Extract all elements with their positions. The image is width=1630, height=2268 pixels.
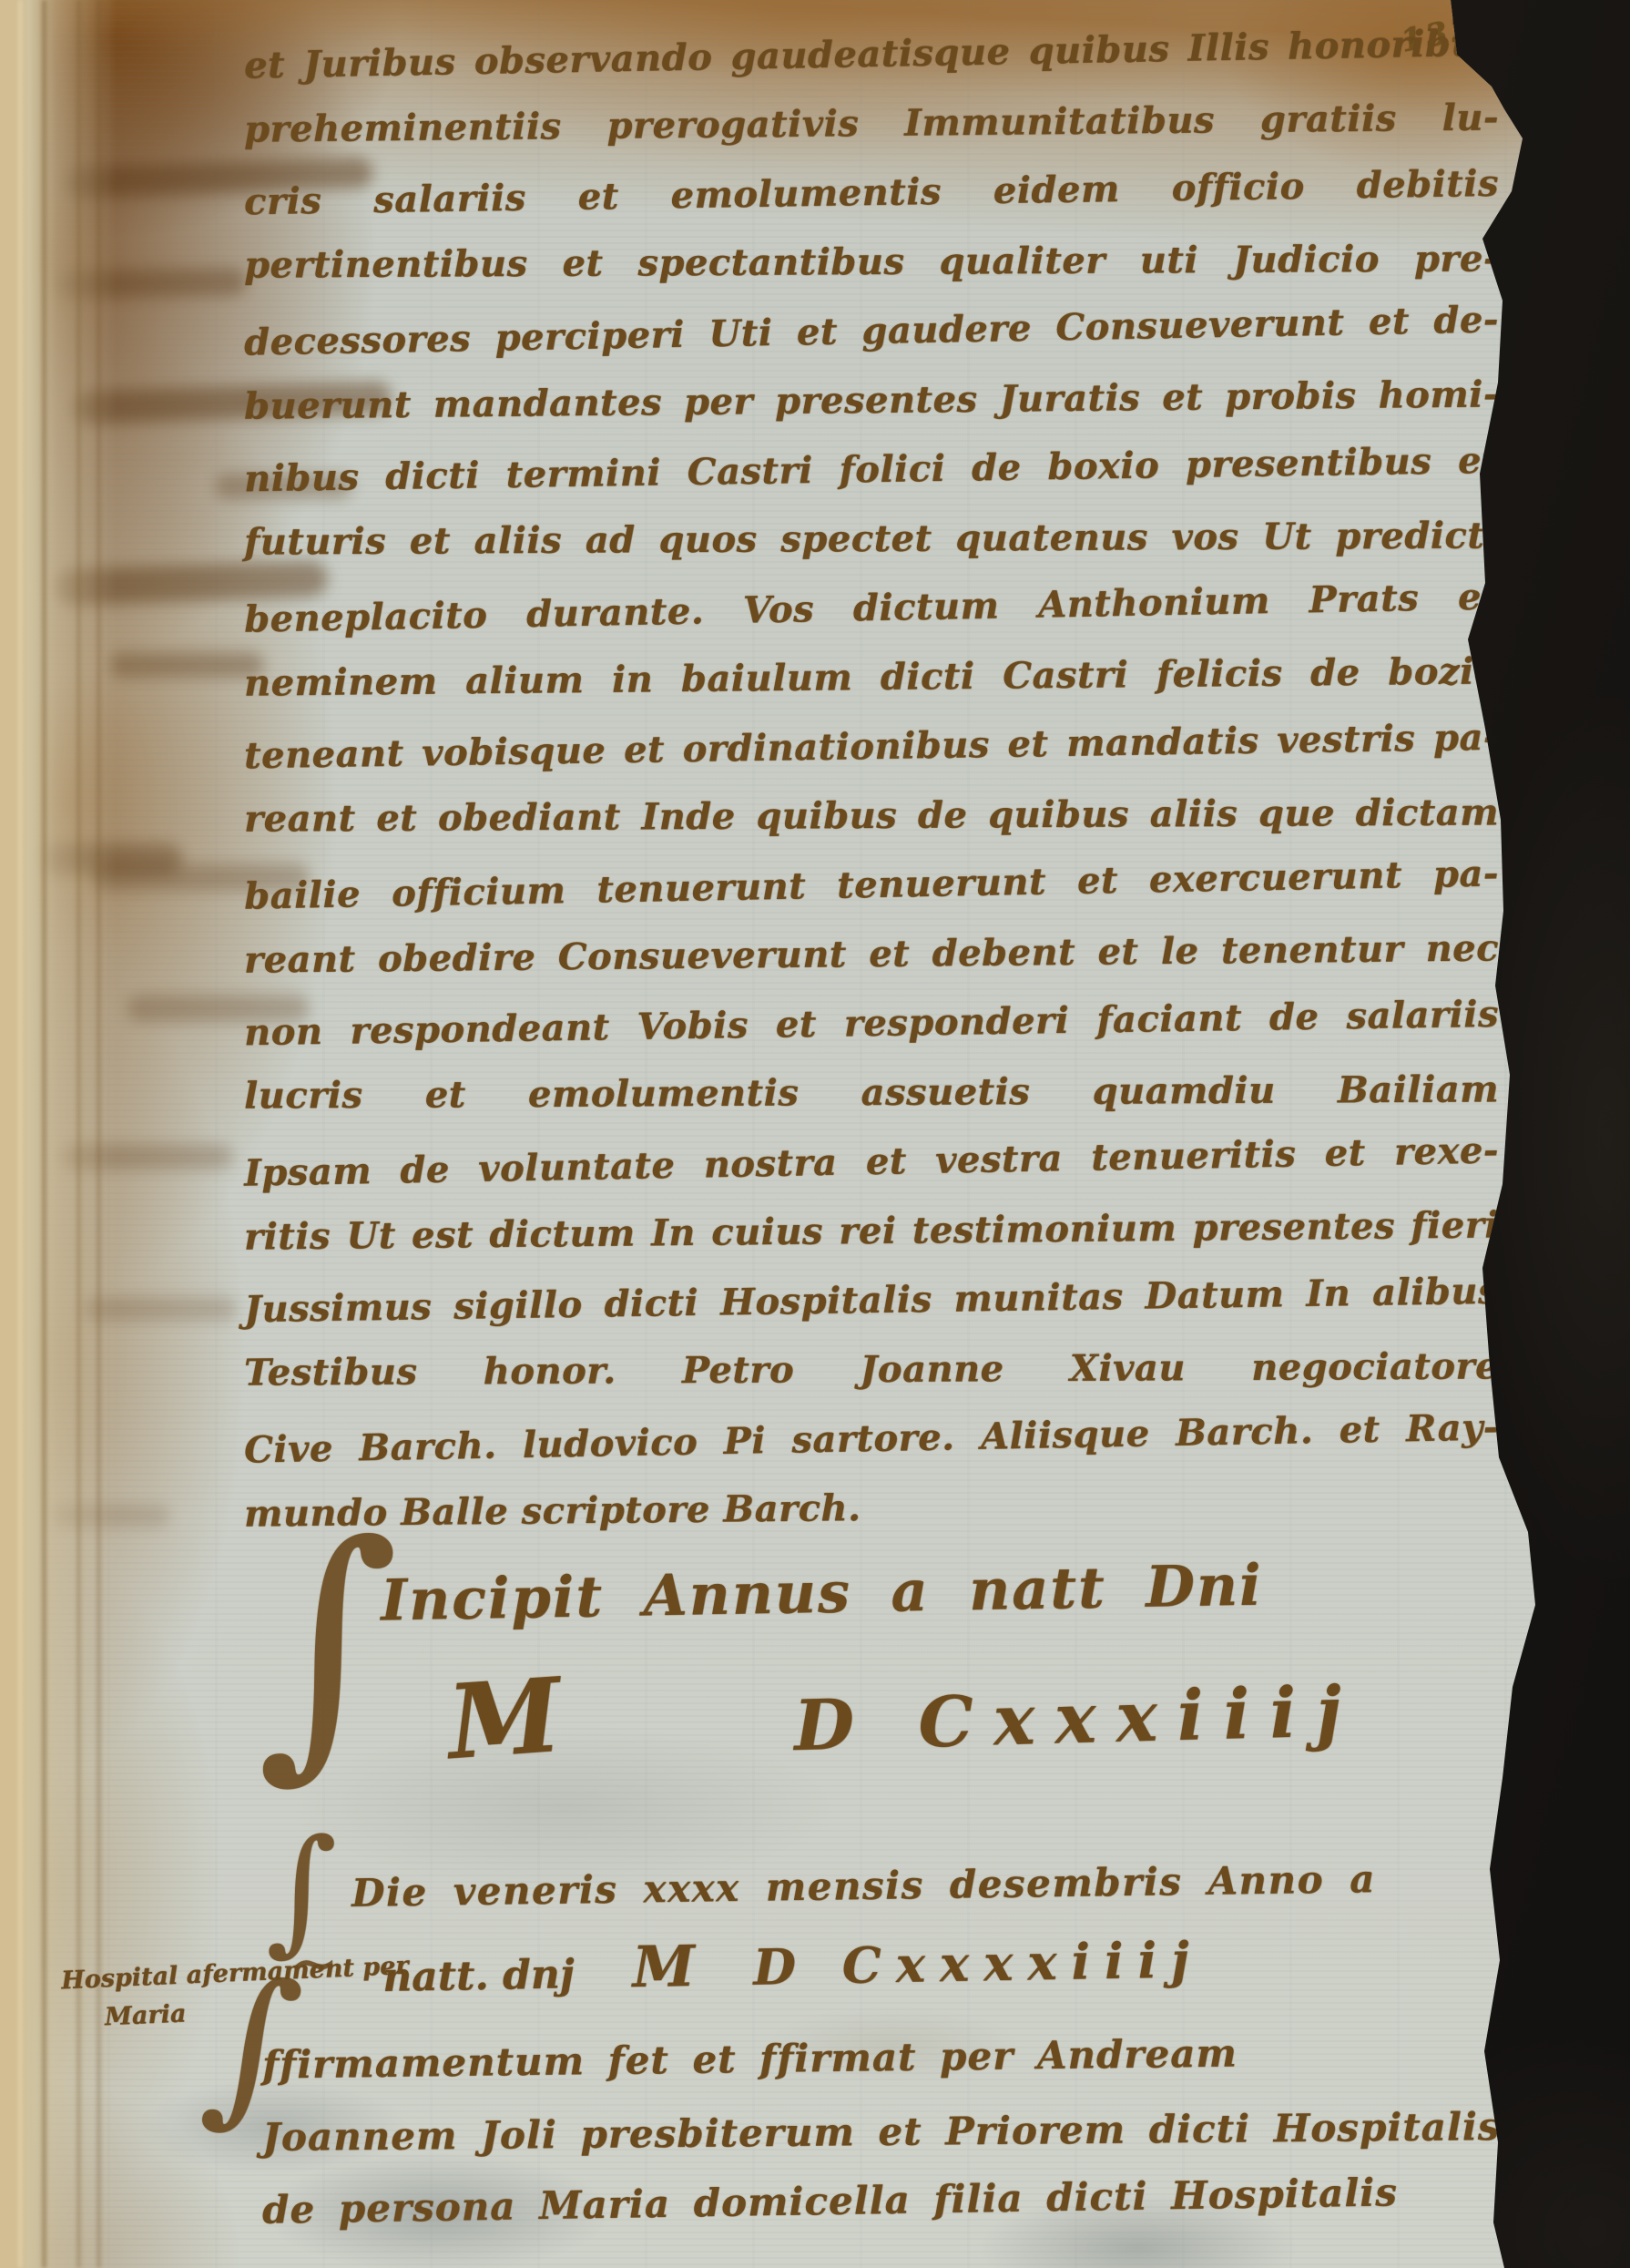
- entry-date-initial: M: [632, 1933, 696, 2000]
- entry-line: de persona Maria domicella filia dicti H…: [262, 2170, 1399, 2232]
- manuscript-line: beneplacito durante. Vos dictum Anthoniu…: [244, 577, 1500, 639]
- manuscript-line: Cive Barch. ludovico Pi sartore. Aliisqu…: [244, 1407, 1500, 1470]
- manuscript-line: cris salariis et emolumentis eidem offic…: [244, 164, 1500, 222]
- bleedthrough-mark: [82, 1297, 237, 1321]
- manuscript-line: neminem alium in baiulum dicti Castri fe…: [244, 651, 1499, 703]
- margin-note-line2: Maria: [62, 1986, 411, 2038]
- entry-date-line: Die veneris xxxx mensis desembris Anno a: [351, 1856, 1377, 1916]
- manuscript-line: non respondeant Vobis et responderi faci…: [244, 995, 1500, 1053]
- manuscript-line: pertinentibus et spectantibus qualiter u…: [244, 239, 1499, 285]
- manuscript-page: 132 et Juribus observando gaudeatisque q…: [0, 0, 1630, 2268]
- manuscript-line: Ipsam de voluntate nostra et vestra tenu…: [244, 1130, 1500, 1193]
- entry-line: Joannem Joli presbiterum et Priorem dict…: [262, 2104, 1501, 2160]
- manuscript-line: Testibus honor. Petro Joanne Xivau negoc…: [244, 1346, 1499, 1393]
- manuscript-line: ritis Ut est dictum In cuius rei testimo…: [244, 1205, 1499, 1257]
- manuscript-line: lucris et emolumentis assuetis quamdiu B…: [244, 1069, 1499, 1116]
- binding-gutter: [0, 0, 118, 2268]
- manuscript-line: Jussimus sigillo dicti Hospitalis munita…: [244, 1272, 1500, 1330]
- manuscript-photo: 132 et Juribus observando gaudeatisque q…: [0, 0, 1630, 2268]
- paraph-flourish: ∫: [257, 1523, 399, 1769]
- bleedthrough-mark: [51, 1505, 169, 1527]
- manuscript-line: bailie officium tenuerunt tenuerunt et e…: [244, 853, 1500, 916]
- manuscript-line: buerunt mandantes per presentes Juratis …: [244, 374, 1499, 426]
- manuscript-line: preheminentiis prerogativis Immunitatibu…: [244, 97, 1499, 149]
- entry-line: ffirmamentum fet et ffirmat per Andream: [262, 2030, 1238, 2087]
- manuscript-line: nibus dicti termini Castri folici de box…: [244, 441, 1500, 499]
- manuscript-line: reant et obediant Inde quibus de quibus …: [244, 792, 1499, 839]
- edge-ink-mark: [0, 1918, 29, 1987]
- entry-date-prefix: natt. dnj: [382, 1951, 575, 2001]
- gutter-crease: [42, 0, 46, 2268]
- manuscript-line: decessores perciperi Uti et gaudere Cons…: [244, 300, 1500, 363]
- margin-note: Hospital afermament per Maria: [60, 1947, 411, 2038]
- manuscript-line: teneant vobisque et ordinationibus et ma…: [244, 718, 1500, 776]
- gutter-crease: [97, 0, 101, 2268]
- bleedthrough-mark: [55, 268, 246, 299]
- year-heading-initial: M: [444, 1656, 565, 1783]
- bleedthrough-mark: [109, 652, 264, 678]
- entry-date-year-line: natt. dnj M D Cxxxxiiij: [382, 1924, 1204, 2005]
- manuscript-line: futuris et aliis ad quos spectet quatenu…: [244, 516, 1499, 562]
- manuscript-line: et Juribus observando gaudeatisque quibu…: [244, 23, 1500, 86]
- bleedthrough-mark: [60, 1144, 233, 1170]
- edge-ink-mark: [0, 2090, 24, 2159]
- year-heading-roman-numeral: D Cxxxiiij: [793, 1670, 1362, 1766]
- gutter-crease: [76, 0, 81, 2268]
- gutter-highlight: [18, 0, 22, 2268]
- manuscript-line: reant obedire Consueverunt et debent et …: [244, 928, 1499, 980]
- manuscript-line: mundo Balle scriptore Barch.: [244, 1482, 1499, 1534]
- year-heading: Incipit Annus a natt Dni: [380, 1552, 1263, 1634]
- bleedthrough-mark: [36, 843, 182, 874]
- entry-date-roman-numeral: D Cxxxxiiij: [753, 1930, 1205, 1997]
